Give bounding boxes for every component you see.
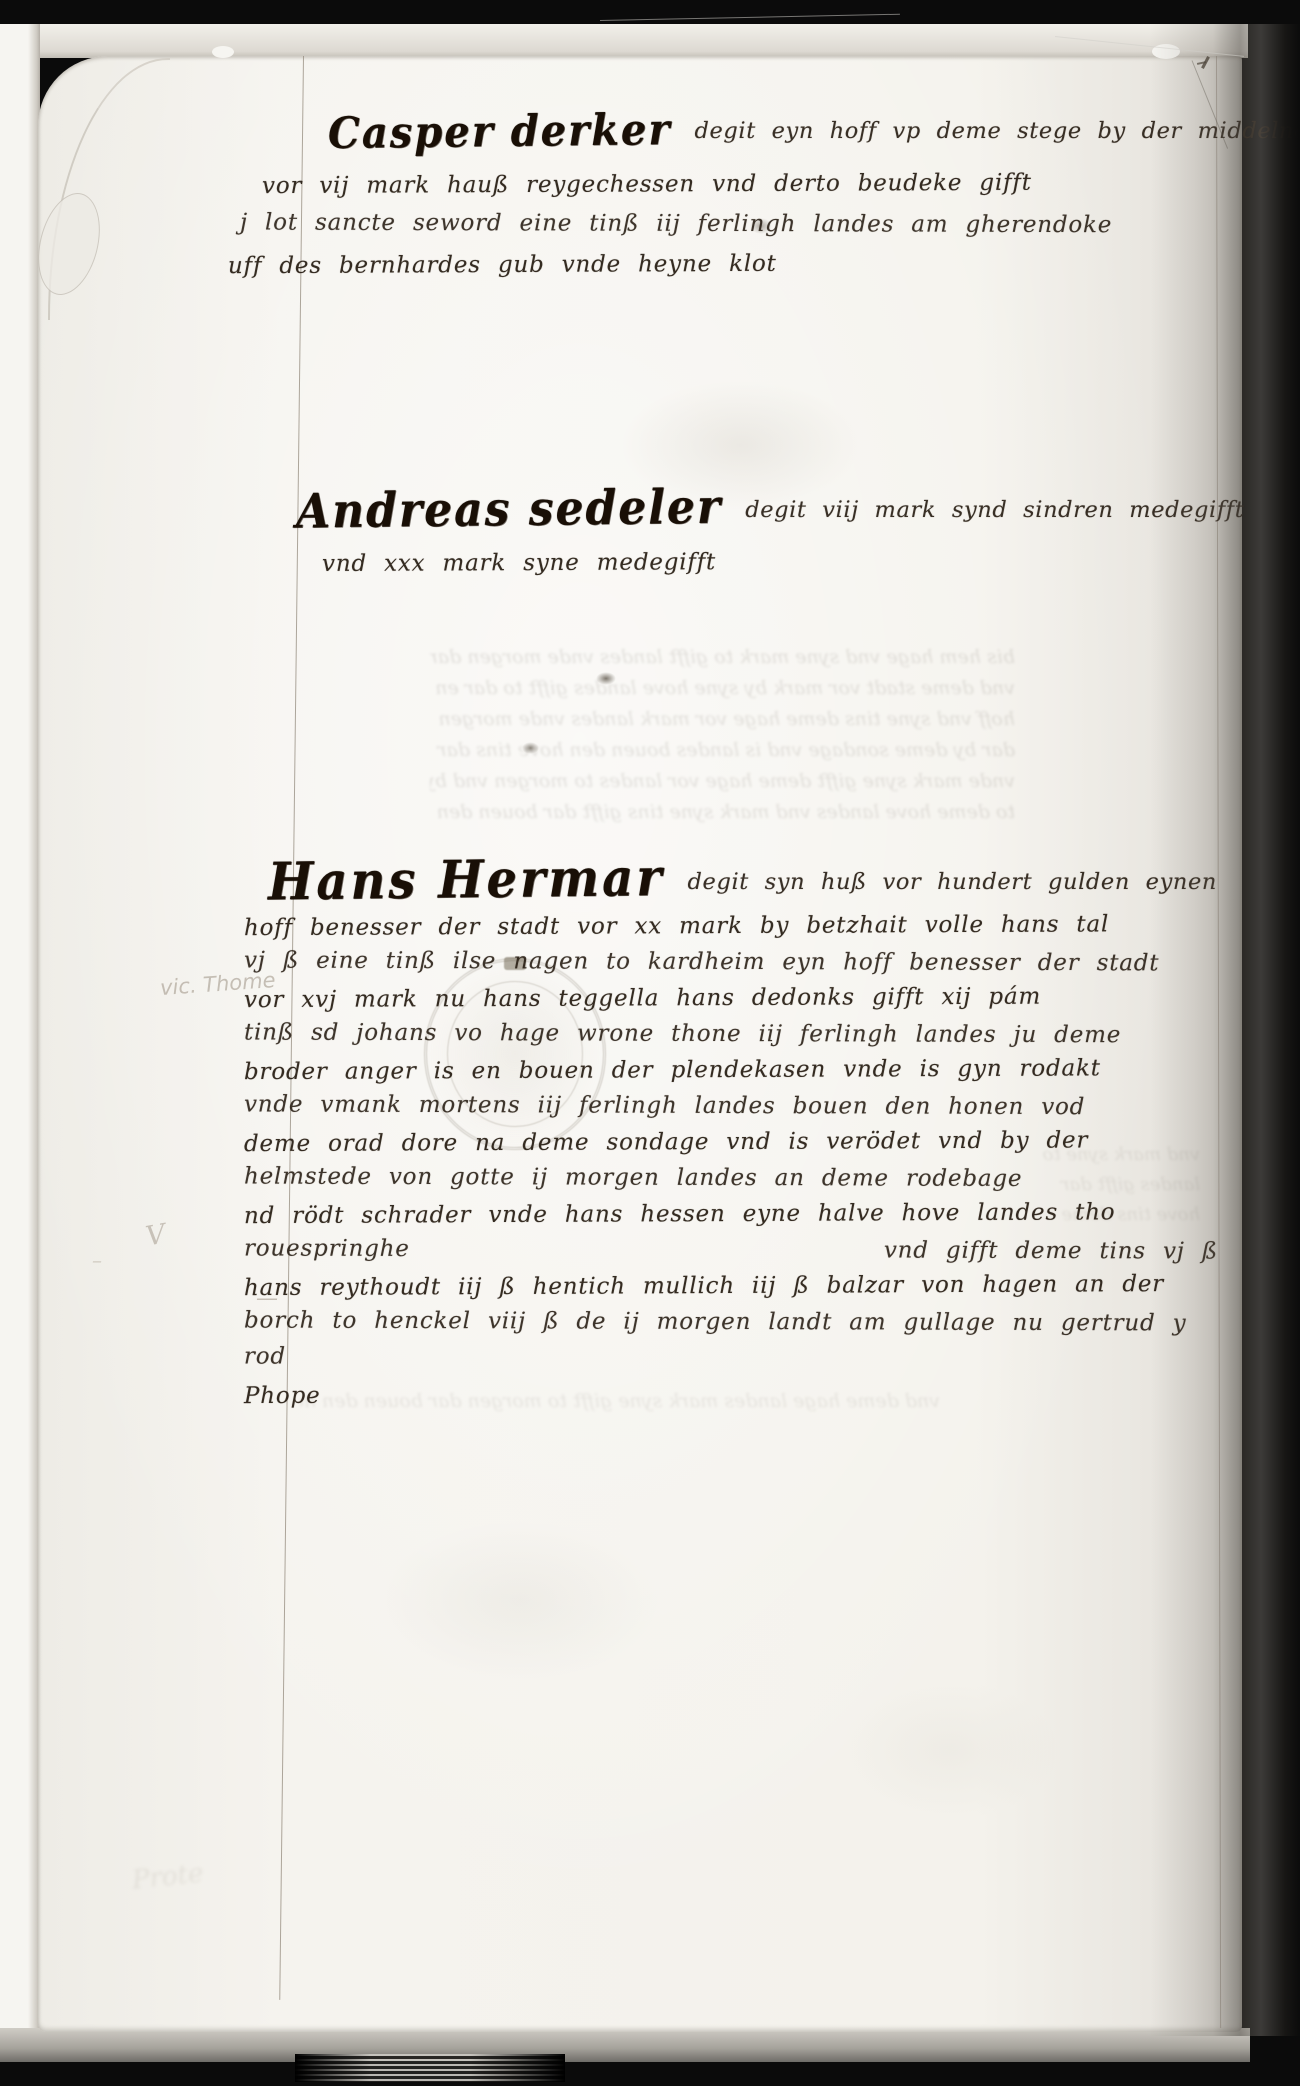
entry-heading: Andreas sedeler	[296, 480, 723, 540]
text-line: vnd xxx mark syne medegifft	[322, 540, 1226, 584]
text-line: tinß sd johans vo hage wrone thone iij f…	[244, 1014, 1218, 1053]
text-line-with-right-note: rouespringhe vnd gifft deme tins vj ß	[244, 1230, 1218, 1269]
entry-inline-text: degit syn huß vor hundert gulden eynen	[688, 869, 1217, 895]
paper-stain	[380, 1520, 660, 1680]
text-line: vnde vmank mortens iij ferlingh landes b…	[244, 1086, 1218, 1125]
showthrough-row: vnd deme stadt vor mark by syne hove lan…	[430, 673, 1015, 704]
register-entry-hans-hermar: Hans Hermar degit syn huß vor hundert gu…	[268, 852, 1218, 1412]
text-line: hans reythoudt iij ß hentich mullich iij…	[244, 1266, 1218, 1306]
showthrough-row: hoff vnd syne tins deme hage vor mark la…	[430, 704, 1015, 735]
underlying-pages-bottom-edge	[0, 2028, 1250, 2062]
underlying-pages-top-edge	[0, 24, 1248, 58]
text-line: Phope	[244, 1374, 1218, 1414]
manuscript-photo: bis hem hage vnd syne mark to gifft land…	[0, 0, 1300, 2086]
paper-stain	[840, 1680, 1060, 1820]
register-entry-andreas-sedeler: Andreas sedeler degit viij mark synd sin…	[296, 484, 1226, 582]
register-entry-casper-derker: Casper derker degit eyn hoff vp deme ste…	[240, 108, 1230, 284]
showthrough-row: dar by deme sondage vnd is landes bouen …	[430, 735, 1015, 766]
margin-dash-mark: —	[256, 1286, 278, 1311]
entry-heading-row: Casper derker degit eyn hoff vp deme ste…	[240, 108, 1230, 164]
showthrough-row: bis hem hage vnd syne mark to gifft land…	[430, 642, 1015, 673]
margin-tick-mark: –	[92, 1248, 102, 1272]
entry-heading: Casper derker	[328, 104, 672, 159]
text-line: helmstede von gotte ij morgen landes an …	[244, 1158, 1218, 1197]
text-line: vj ß eine tinß ilse nagen to kardheim ey…	[244, 942, 1218, 981]
binding-gutter-shadow	[1150, 24, 1300, 2036]
text-line: deme orad dore na deme sondage vnd is ve…	[244, 1122, 1218, 1162]
text-line: j lot sancte seword eine tinß iij ferlin…	[240, 202, 1230, 245]
entry-heading-row: Andreas sedeler degit viij mark synd sin…	[296, 484, 1226, 542]
text-line: broder anger is en bouen der plendekasen…	[244, 1050, 1218, 1090]
entry-heading-row: Hans Hermar degit syn huß vor hundert gu…	[268, 852, 1218, 908]
text-line: hoff benesser der stadt vor xx mark by b…	[244, 906, 1218, 946]
text-line: vor vij mark hauß reygechessen vnd derto…	[262, 162, 1230, 206]
text-line: nd rödt schrader vnde hans hessen eyne h…	[244, 1194, 1218, 1234]
ink-blot	[596, 672, 616, 685]
underlying-pages-left-edge	[0, 24, 40, 2044]
text-line: rouespringhe	[244, 1230, 410, 1267]
book-fore-edge-stripes	[295, 2054, 565, 2082]
entry-heading: Hans Hermar	[268, 848, 665, 913]
text-line: vor xvj mark nu hans teggella hans dedon…	[244, 978, 1218, 1018]
text-line: borch to henckel viij ß de ij morgen lan…	[244, 1302, 1218, 1377]
ink-blot	[522, 742, 539, 754]
showthrough-text-block: bis hem hage vnd syne mark to gifft land…	[430, 642, 1015, 828]
showthrough-row: vnde mark syne gifft deme hage vor lande…	[430, 766, 1015, 797]
showthrough-row: to deme hove landes vnd mark syne tins g…	[430, 797, 1015, 828]
text-line: uff des bernhardes gub vnde heyne klot	[228, 242, 1230, 286]
stray-hair-thread	[600, 14, 900, 21]
paper-edge-bump	[212, 46, 234, 58]
